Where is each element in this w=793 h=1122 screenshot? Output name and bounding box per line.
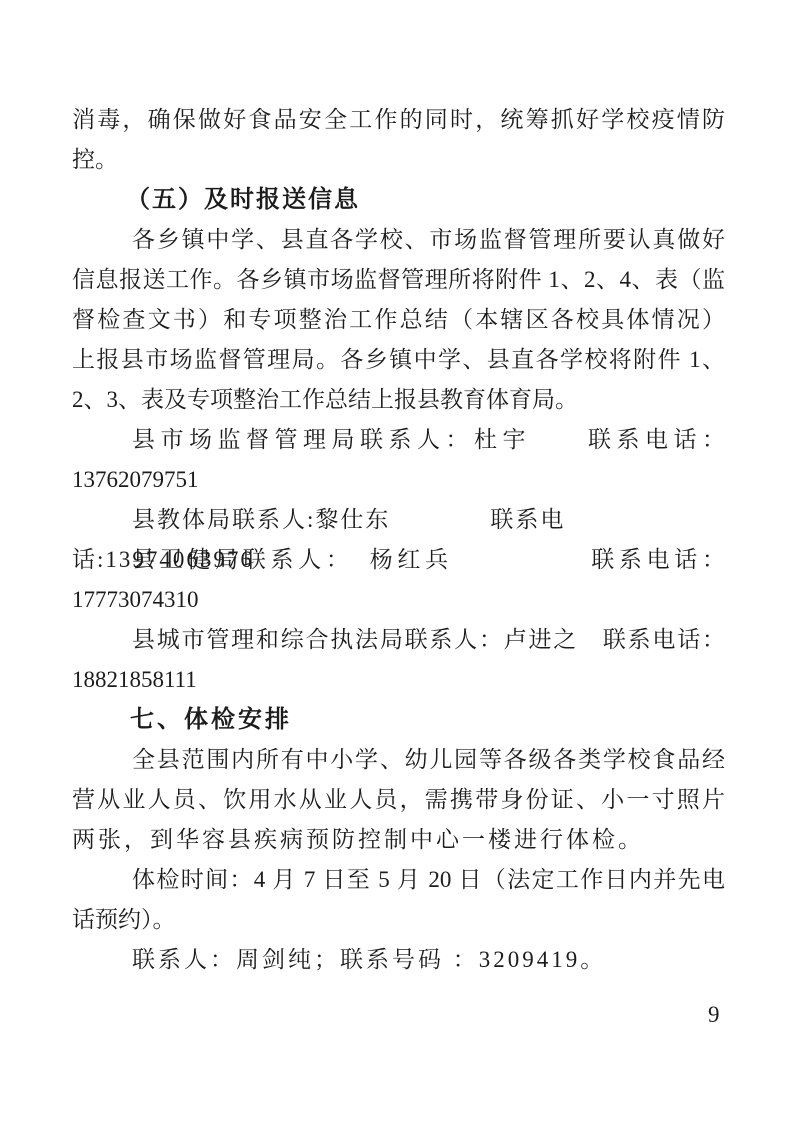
document-page: { "document": { "lines": [ "消毒，确保做好食品安全工… xyxy=(0,0,793,1122)
body-line: 各乡镇中学、县直各学校、市场监督管理所要认真做好 xyxy=(72,220,725,260)
body-line: 上报县市场监督管理局。各乡镇中学、县直各学校将附件 1、 xyxy=(72,340,725,380)
body-line: 营从业人员、饮用水从业人员，需携带身份证、小一寸照片 xyxy=(72,780,725,820)
page-number: 9 xyxy=(708,1000,720,1030)
phone-number: 18821858111 xyxy=(72,660,725,700)
contact-line-urban-mgmt-bureau: 县城市管理和综合执法局联系人：卢进之 联系电话： xyxy=(72,620,725,660)
body-line: 体检时间：4 月 7 日至 5 月 20 日（法定工作日内并先电 xyxy=(72,860,725,900)
phone-number: 13762079751 xyxy=(72,460,725,500)
contact-line-health-bureau: 县卫健局联系人： 杨红兵 联系电话： xyxy=(72,540,725,580)
body-line: 督检查文书）和专项整治工作总结（本辖区各校具体情况） xyxy=(72,300,725,340)
body-line: 全县范围内所有中小学、幼儿园等各级各类学校食品经 xyxy=(72,740,725,780)
heading-section-5: （五）及时报送信息 xyxy=(72,180,725,220)
body-line: 2、3、表及专项整治工作总结上报县教育体育局。 xyxy=(72,380,725,420)
body-line: 消毒，确保做好食品安全工作的同时，统筹抓好学校疫情防 xyxy=(72,100,725,140)
contact-line-education-bureau: 县教体局联系人:黎仕东 联系电话:13974063976 xyxy=(72,500,725,540)
phone-number: 17773074310 xyxy=(72,580,725,620)
body-line: 话预约）。 xyxy=(72,900,725,940)
body-line: 控。 xyxy=(72,140,725,180)
body-line: 信息报送工作。各乡镇市场监督管理所将附件 1、2、4、表（监 xyxy=(72,260,725,300)
contact-line-physical-exam: 联系人：周剑纯；联系号码 ：3209419。 xyxy=(72,940,725,980)
body-line: 两张，到华容县疾病预防控制中心一楼进行体检。 xyxy=(72,820,725,860)
heading-section-7: 七、体检安排 xyxy=(72,700,725,740)
contact-line-market-bureau: 县市场监督管理局联系人：杜宇 联系电话： xyxy=(72,420,725,460)
document-body: 消毒，确保做好食品安全工作的同时，统筹抓好学校疫情防 控。 （五）及时报送信息 … xyxy=(72,100,725,980)
